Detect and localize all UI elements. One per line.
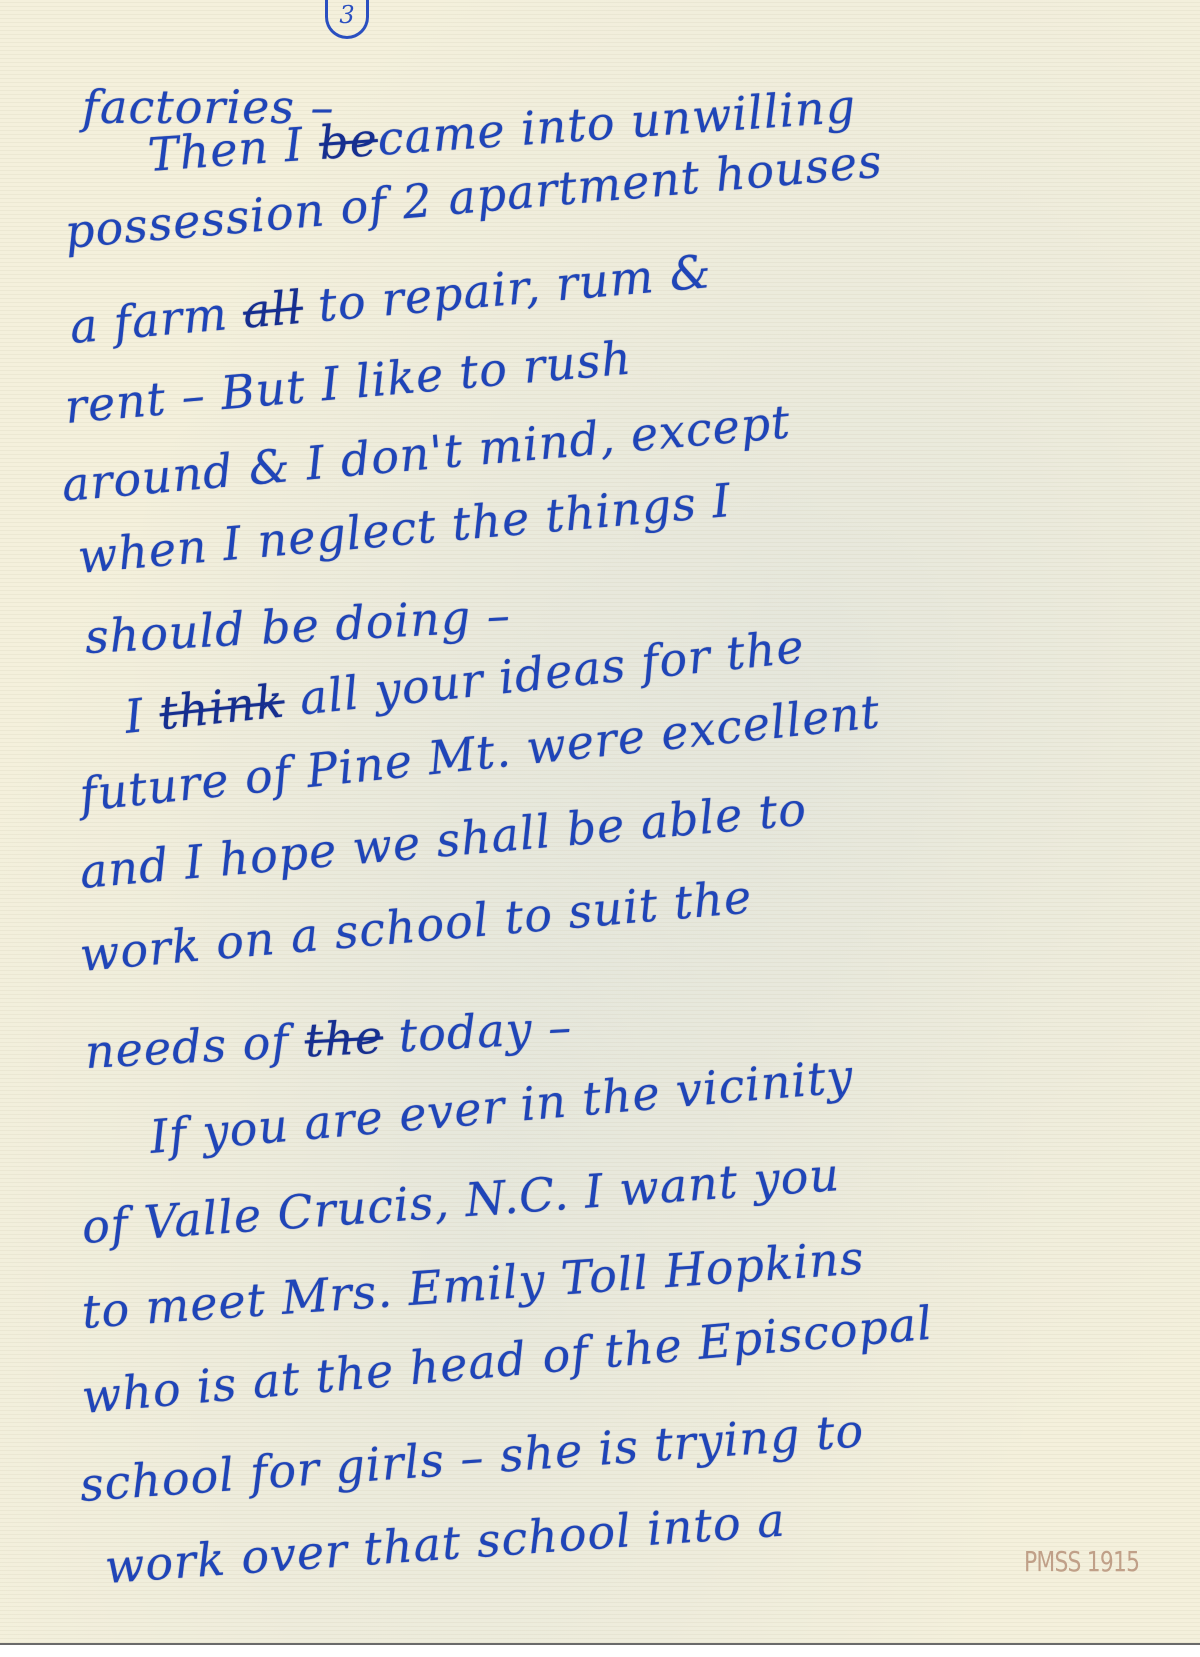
- struck-text: think: [157, 673, 287, 740]
- line-text: a farm: [68, 285, 246, 354]
- line-text: to repair, rum &: [300, 244, 713, 334]
- handwritten-line: needs of the today –: [84, 1000, 574, 1079]
- line-text: work over that school into a: [103, 1492, 787, 1593]
- archive-watermark: PMSS 1915: [1024, 1545, 1139, 1578]
- struck-text: all: [241, 280, 305, 339]
- handwritten-line: should be doing –: [84, 588, 512, 664]
- line-text: Then I: [146, 116, 321, 182]
- handwritten-line: work over that school into a: [103, 1492, 787, 1593]
- line-text: should be doing –: [84, 588, 512, 664]
- line-text: today –: [382, 1000, 574, 1064]
- page-number: 3: [339, 1, 354, 29]
- struck-text: the: [303, 1009, 384, 1067]
- struck-text: be: [317, 112, 379, 170]
- page-number-circle: 3: [325, 0, 369, 39]
- line-text: needs of: [84, 1014, 307, 1079]
- line-text: of Valle Crucis, N.C. I want you: [80, 1147, 841, 1254]
- line-text: I: [122, 687, 162, 744]
- handwritten-line: of Valle Crucis, N.C. I want you: [80, 1147, 841, 1254]
- letter-page: 3 factories – Then I became into unwilli…: [0, 0, 1200, 1645]
